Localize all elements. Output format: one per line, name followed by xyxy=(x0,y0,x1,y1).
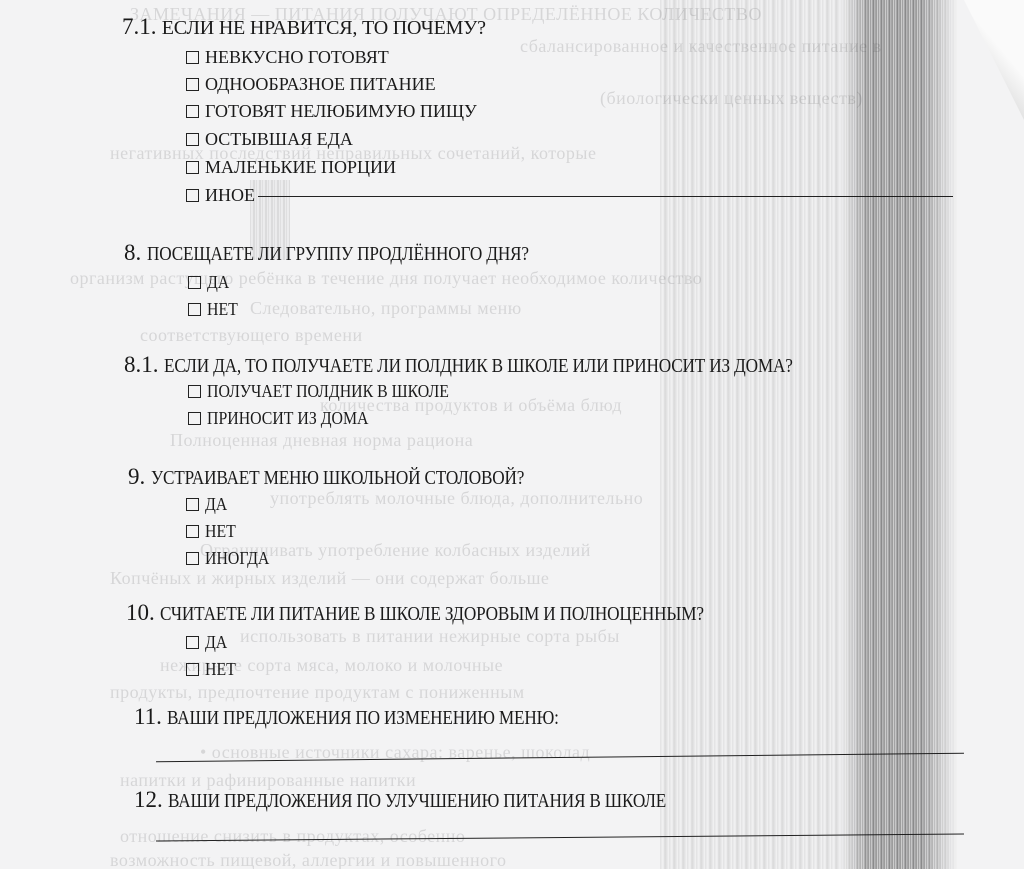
bleed-through-text: сбалансированное и качественное питание … xyxy=(520,36,882,57)
option-8-yes[interactable]: ДА xyxy=(188,272,232,293)
option-7-1-5[interactable]: МАЛЕНЬКИЕ ПОРЦИИ xyxy=(186,157,396,178)
answer-line-other[interactable] xyxy=(258,196,953,197)
option-9-sometimes[interactable]: ИНОГДА xyxy=(186,548,278,569)
option-9-no[interactable]: НЕТ xyxy=(186,521,240,542)
scan-streak xyxy=(838,0,958,869)
bleed-through-text: отношение снизить в продуктах, особенно xyxy=(120,826,465,847)
option-7-1-2[interactable]: ОДНООБРАЗНОЕ ПИТАНИЕ xyxy=(186,74,436,95)
bleed-through-text: использовать в питании нежирные сорта ры… xyxy=(240,626,620,647)
question-number: 9. xyxy=(128,464,145,489)
bleed-through-text: (биологически ценных веществ) xyxy=(600,88,863,109)
question-number: 8. xyxy=(124,240,141,265)
question-number: 12. xyxy=(134,787,163,812)
option-9-yes[interactable]: ДА xyxy=(186,494,230,515)
bleed-through-text: Копчёных и жирных изделий — они содержат… xyxy=(110,568,549,589)
question-number: 7.1. xyxy=(122,14,157,39)
checkbox-icon[interactable] xyxy=(188,385,201,398)
question-text: СЧИТАЕТЕ ЛИ ПИТАНИЕ В ШКОЛЕ ЗДОРОВЫМ И П… xyxy=(160,603,704,626)
question-text: ВАШИ ПРЕДЛОЖЕНИЯ ПО ИЗМЕНЕНИЮ МЕНЮ: xyxy=(167,707,559,730)
bleed-through-text: Полноценная дневная норма рациона xyxy=(170,430,473,451)
question-text: ЕСЛИ НЕ НРАВИТСЯ, ТО ПОЧЕМУ? xyxy=(162,17,486,39)
checkbox-icon[interactable] xyxy=(188,276,201,289)
option-8-1-home[interactable]: ПРИНОСИТ ИЗ ДОМА xyxy=(188,408,391,429)
question-number: 8.1. xyxy=(124,352,159,377)
checkbox-icon[interactable] xyxy=(186,552,199,565)
option-7-1-4[interactable]: ОСТЫВШАЯ ЕДА xyxy=(186,129,353,150)
scan-streak xyxy=(660,0,840,869)
checkbox-icon[interactable] xyxy=(186,498,199,511)
checkbox-icon[interactable] xyxy=(186,525,199,538)
checkbox-icon[interactable] xyxy=(186,161,199,174)
option-8-no[interactable]: НЕТ xyxy=(188,299,242,320)
question-number: 11. xyxy=(134,704,162,729)
option-7-1-1[interactable]: НЕВКУСНО ГОТОВЯТ xyxy=(186,47,389,68)
option-7-1-3[interactable]: ГОТОВЯТ НЕЛЮБИМУЮ ПИЩУ xyxy=(186,101,477,122)
option-10-no[interactable]: НЕТ xyxy=(186,659,240,680)
bleed-through-text: организм растущего ребёнка в течение дня… xyxy=(70,268,702,289)
question-11: 11. ВАШИ ПРЕДЛОЖЕНИЯ ПО ИЗМЕНЕНИЮ МЕНЮ: xyxy=(134,704,623,730)
checkbox-icon[interactable] xyxy=(186,663,199,676)
page-corner-fold xyxy=(964,0,1024,120)
checkbox-icon[interactable] xyxy=(188,303,201,316)
checkbox-icon[interactable] xyxy=(186,51,199,64)
checkbox-icon[interactable] xyxy=(186,105,199,118)
question-12: 12. ВАШИ ПРЕДЛОЖЕНИЯ ПО УЛУЧШЕНИЮ ПИТАНИ… xyxy=(134,787,747,813)
bleed-through-text: употреблять молочные блюда, дополнительн… xyxy=(270,488,643,509)
question-text: ЕСЛИ ДА, ТО ПОЛУЧАЕТЕ ЛИ ПОЛДНИК В ШКОЛЕ… xyxy=(164,355,793,378)
checkbox-icon[interactable] xyxy=(186,133,199,146)
checkbox-icon[interactable] xyxy=(186,78,199,91)
question-8-1: 8.1. ЕСЛИ ДА, ТО ПОЛУЧАЕТЕ ЛИ ПОЛДНИК В … xyxy=(124,352,895,378)
bleed-through-text: Следовательно, программы меню xyxy=(250,298,522,319)
question-10: 10. СЧИТАЕТЕ ЛИ ПИТАНИЕ В ШКОЛЕ ЗДОРОВЫМ… xyxy=(126,600,792,626)
option-8-1-school[interactable]: ПОЛУЧАЕТ ПОЛДНИК В ШКОЛЕ xyxy=(188,381,482,402)
checkbox-icon[interactable] xyxy=(186,189,199,202)
option-7-1-6[interactable]: ИНОЕ xyxy=(186,185,255,206)
bleed-through-text: соответствующего времени xyxy=(140,325,363,346)
checkbox-icon[interactable] xyxy=(186,636,199,649)
bleed-through-text: продукты, предпочтение продуктам с пониж… xyxy=(110,682,525,703)
scanned-page: ЗАМЕЧАНИЯ — ПИТАНИЯ ПОЛУЧАЮТ ОПРЕДЕЛЁННО… xyxy=(0,0,1024,869)
question-8: 8. ПОСЕЩАЕТЕ ЛИ ГРУППУ ПРОДЛЁННОГО ДНЯ? xyxy=(124,240,590,266)
question-7-1: 7.1. ЕСЛИ НЕ НРАВИТСЯ, ТО ПОЧЕМУ? xyxy=(122,14,486,40)
question-text: ВАШИ ПРЕДЛОЖЕНИЯ ПО УЛУЧШЕНИЮ ПИТАНИЯ В … xyxy=(168,790,666,813)
question-text: УСТРАИВАЕТ МЕНЮ ШКОЛЬНОЙ СТОЛОВОЙ? xyxy=(151,467,524,490)
checkbox-icon[interactable] xyxy=(188,412,201,425)
question-number: 10. xyxy=(126,600,155,625)
question-9: 9. УСТРАИВАЕТ МЕНЮ ШКОЛЬНОЙ СТОЛОВОЙ? xyxy=(128,464,585,490)
option-10-yes[interactable]: ДА xyxy=(186,632,230,653)
bleed-through-text: возможность пищевой, аллергии и повышенн… xyxy=(110,850,507,869)
question-text: ПОСЕЩАЕТЕ ЛИ ГРУППУ ПРОДЛЁННОГО ДНЯ? xyxy=(147,243,529,266)
